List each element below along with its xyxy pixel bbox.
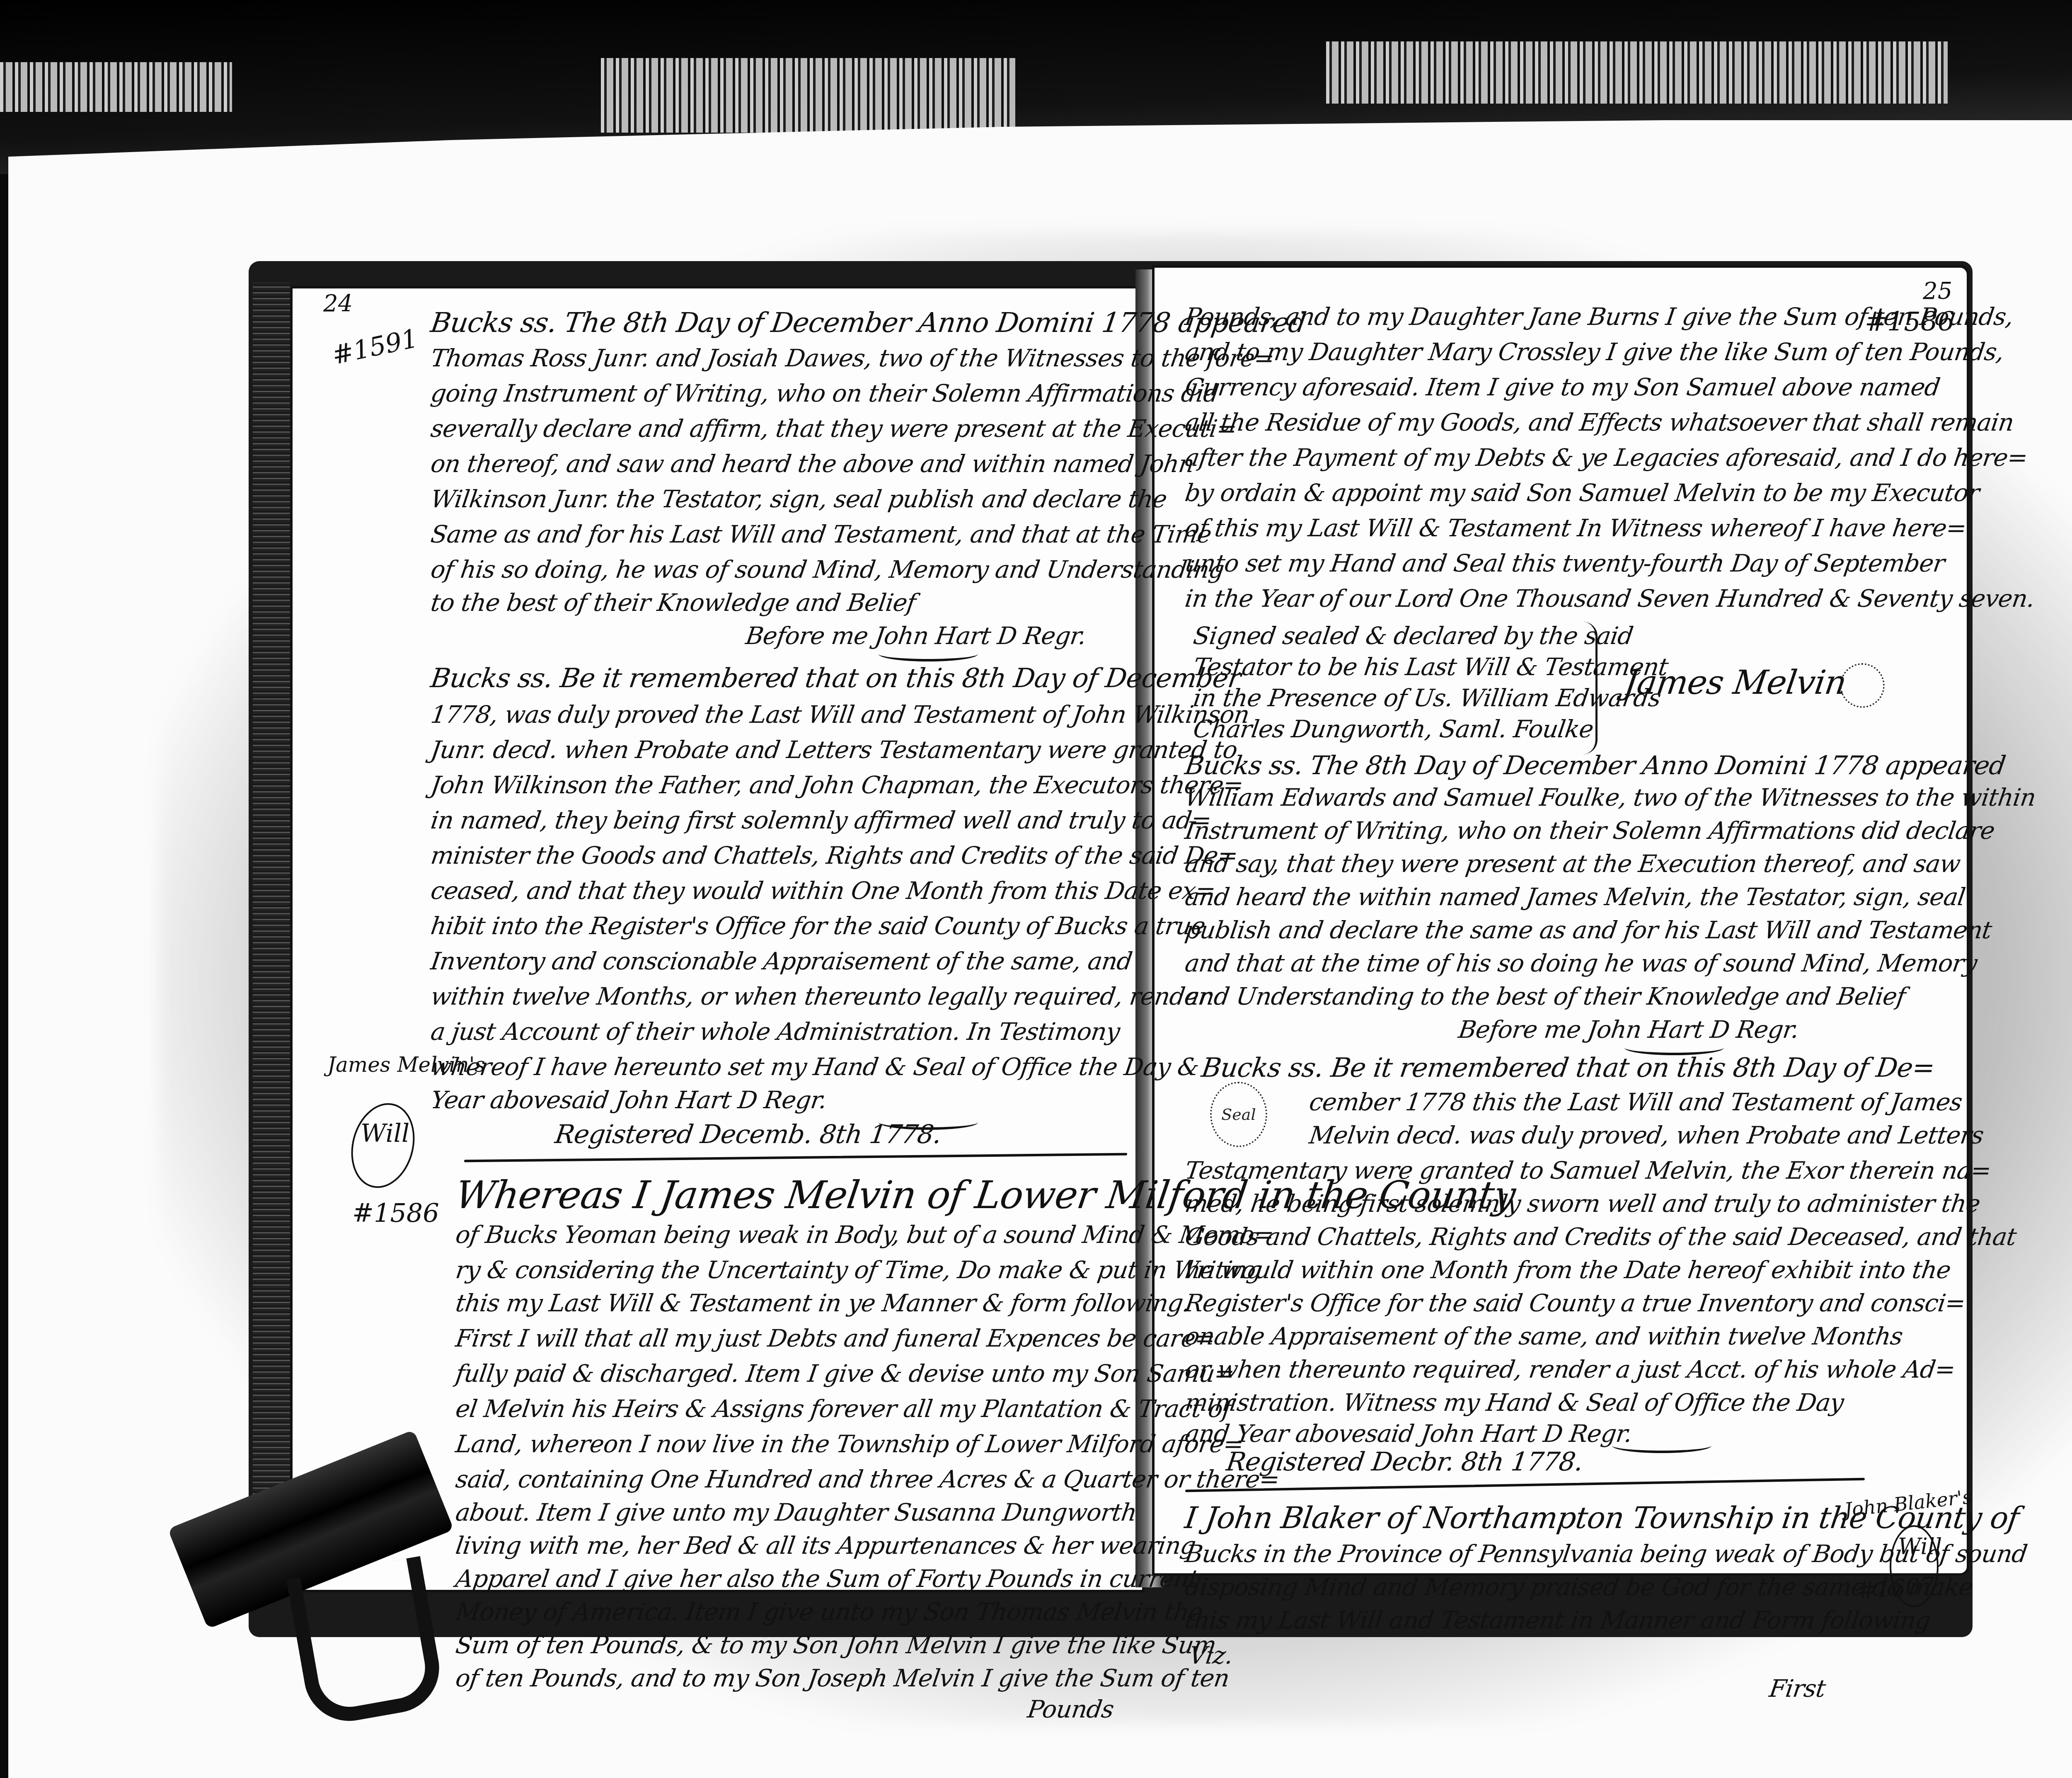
book-binding-edge xyxy=(253,282,290,1596)
text-line: Instrument of Writing, who on their Sole… xyxy=(1183,816,1996,845)
text-line: about. Item I give unto my Daughter Susa… xyxy=(454,1498,1138,1526)
text-line: Viz. xyxy=(1187,1641,1234,1669)
text-line: Year abovesaid John Hart D Regr. xyxy=(429,1086,828,1114)
text-line: First I will that all my just Debts and … xyxy=(454,1324,1217,1352)
text-line: med, he being first solemnly sworn well … xyxy=(1183,1189,1982,1218)
text-line: living with me, her Bed & all its Appurt… xyxy=(454,1531,1197,1560)
margin-will-label: Will xyxy=(1898,1533,1942,1560)
text-line: Pounds, and to my Daughter Jane Burns I … xyxy=(1183,303,2015,331)
text-line: unto set my Hand and Seal this twenty-fo… xyxy=(1183,549,1946,577)
text-line: el Melvin his Heirs & Assigns forever al… xyxy=(454,1395,1233,1423)
page-number-left: 24 xyxy=(323,290,353,317)
text-line: Bucks ss. Be it remembered that on this … xyxy=(429,663,1242,694)
text-line: this my Last Will and Testament in Manne… xyxy=(1183,1606,1932,1634)
text-line: Apparel and I give her also the Sum of F… xyxy=(454,1565,1200,1593)
attestation-line: Signed sealed & declared by the said xyxy=(1191,622,1635,650)
witness-line: Charles Dungworth, Saml. Foulke xyxy=(1191,715,1595,743)
seal-label: Seal xyxy=(1221,1105,1256,1124)
testator-signature: James Melvin xyxy=(1622,663,1849,702)
background-paper-scrap xyxy=(601,58,1015,133)
text-line: Goods and Chattels, Rights and Credits o… xyxy=(1183,1223,2018,1251)
text-line: 1778, was duly proved the Last Will and … xyxy=(429,700,1251,729)
text-line: Melvin decd. was duly proved, when Proba… xyxy=(1307,1121,1985,1149)
page-number-right: 25 xyxy=(1923,278,1952,305)
text-line: in named, they being first solemnly affi… xyxy=(429,806,1213,834)
text-line: and say, that they were present at the E… xyxy=(1183,850,1962,878)
text-line: severally declare and affirm, that they … xyxy=(429,414,1238,443)
text-line: John Wilkinson the Father, and John Chap… xyxy=(429,771,1245,799)
margin-record-number: #1586 xyxy=(352,1198,439,1228)
text-line: Bucks ss. The 8th Day of December Anno D… xyxy=(429,307,1308,339)
text-line: Thomas Ross Junr. and Josiah Dawes, two … xyxy=(429,344,1276,372)
text-line: Bucks ss. Be it remembered that on this … xyxy=(1200,1053,1936,1083)
catchword: Pounds xyxy=(1026,1695,1116,1723)
text-line: onable Appraisement of the same, and wit… xyxy=(1183,1322,1904,1350)
text-line: and to my Daughter Mary Crossley I give … xyxy=(1183,338,2006,366)
text-line: whereof I have hereunto set my Hand & Se… xyxy=(429,1053,1201,1081)
text-line: all the Residue of my Goods, and Effects… xyxy=(1183,408,2016,436)
background-paper-scrap xyxy=(0,62,232,112)
text-line: Currency aforesaid. Item I give to my So… xyxy=(1183,373,1941,401)
text-line: publish and declare the same as and for … xyxy=(1183,916,1993,944)
text-line: this my Last Will & Testament in ye Mann… xyxy=(454,1289,1192,1317)
text-line: in the Year of our Lord One Thousand Sev… xyxy=(1183,584,2036,613)
background-paper-scrap xyxy=(1326,41,1948,104)
text-line: and Understanding to the best of their K… xyxy=(1183,982,1907,1010)
margin-will-label: Will xyxy=(361,1119,409,1148)
text-line: and that at the time of his so doing he … xyxy=(1183,949,1979,977)
text-line: Sum of ten Pounds, & to my Son John Melv… xyxy=(454,1631,1218,1659)
text-line: Bucks ss. The 8th Day of December Anno D… xyxy=(1183,750,2007,780)
attestation-brace xyxy=(1583,622,1598,754)
signature-flourish xyxy=(879,647,978,661)
text-line: and heard the within named James Melvin,… xyxy=(1183,883,1967,911)
registrar-signature: Before me John Hart D Regr. xyxy=(744,622,1088,650)
text-line: said, containing One Hundred and three A… xyxy=(454,1465,1281,1493)
text-line: or when thereunto required, render a jus… xyxy=(1183,1355,1957,1383)
catchword: First xyxy=(1767,1674,1827,1703)
text-line: going Instrument of Writing, who on thei… xyxy=(429,379,1220,407)
text-line: within twelve Months, or when thereunto … xyxy=(429,982,1211,1010)
signature-flourish xyxy=(1612,1438,1711,1453)
text-line: Register's Office for the said County a … xyxy=(1183,1289,1967,1317)
text-line: by ordain & appoint my said Son Samuel M… xyxy=(1183,479,1981,507)
text-line: Same as and for his Last Will and Testam… xyxy=(429,520,1213,548)
text-line: Land, whereon I now live in the Township… xyxy=(454,1430,1245,1458)
text-line: ry & considering the Uncertainty of Time… xyxy=(454,1256,1264,1284)
text-line: Testamentary were granted to Samuel Melv… xyxy=(1183,1156,1993,1185)
text-line: of this my Last Will & Testament In Witn… xyxy=(1183,514,1968,542)
text-line: and Year abovesaid John Hart D Regr. xyxy=(1183,1419,1634,1448)
text-line: William Edwards and Samuel Foulke, two o… xyxy=(1183,783,2037,811)
text-line: hibit into the Register's Office for the… xyxy=(429,912,1207,940)
text-line: cember 1778 this the Last Will and Testa… xyxy=(1307,1088,1964,1116)
text-line: after the Payment of my Debts & ye Legac… xyxy=(1183,443,2029,472)
office-seal-icon: Seal xyxy=(1210,1082,1267,1147)
text-line: Wilkinson Junr. the Testator, sign, seal… xyxy=(429,485,1169,513)
wax-seal-icon xyxy=(1840,663,1885,708)
registrar-signature: Before me John Hart D Regr. xyxy=(1457,1015,1801,1044)
text-line: ministration. Witness my Hand & Seal of … xyxy=(1183,1388,1845,1417)
registered-date: Registered Decemb. 8th 1778. xyxy=(553,1119,944,1149)
text-line: to the best of their Knowledge and Belie… xyxy=(429,589,917,617)
margin-will-title: James Melvin's xyxy=(327,1053,485,1077)
text-line: on thereof, and saw and heard the above … xyxy=(429,450,1196,478)
text-line: a just Account of their whole Administra… xyxy=(429,1017,1121,1046)
text-line: of ten Pounds, and to my Son Joseph Melv… xyxy=(454,1664,1231,1692)
text-line: fully paid & discharged. Item I give & d… xyxy=(454,1359,1236,1388)
registered-date: Registered Decbr. 8th 1778. xyxy=(1225,1446,1585,1477)
text-line: Inventory and conscionable Appraisement … xyxy=(429,947,1134,975)
text-line: ceased, and that they would within One M… xyxy=(429,877,1217,905)
text-line: Junr. decd. when Probate and Letters Tes… xyxy=(429,736,1239,764)
margin-record-number: #1607 xyxy=(1856,1572,1936,1604)
attestation-line: Testator to be his Last Will & Testament xyxy=(1191,653,1670,681)
text-line: of Bucks Yeoman being weak in Body, but … xyxy=(454,1221,1276,1249)
text-line: he would within one Month from the Date … xyxy=(1183,1256,1952,1284)
text-line: Money of America. Item I give unto my So… xyxy=(454,1598,1205,1626)
text-line: of his so doing, he was of sound Mind, M… xyxy=(429,555,1226,584)
text-line: minister the Goods and Chattels, Rights … xyxy=(429,841,1239,870)
